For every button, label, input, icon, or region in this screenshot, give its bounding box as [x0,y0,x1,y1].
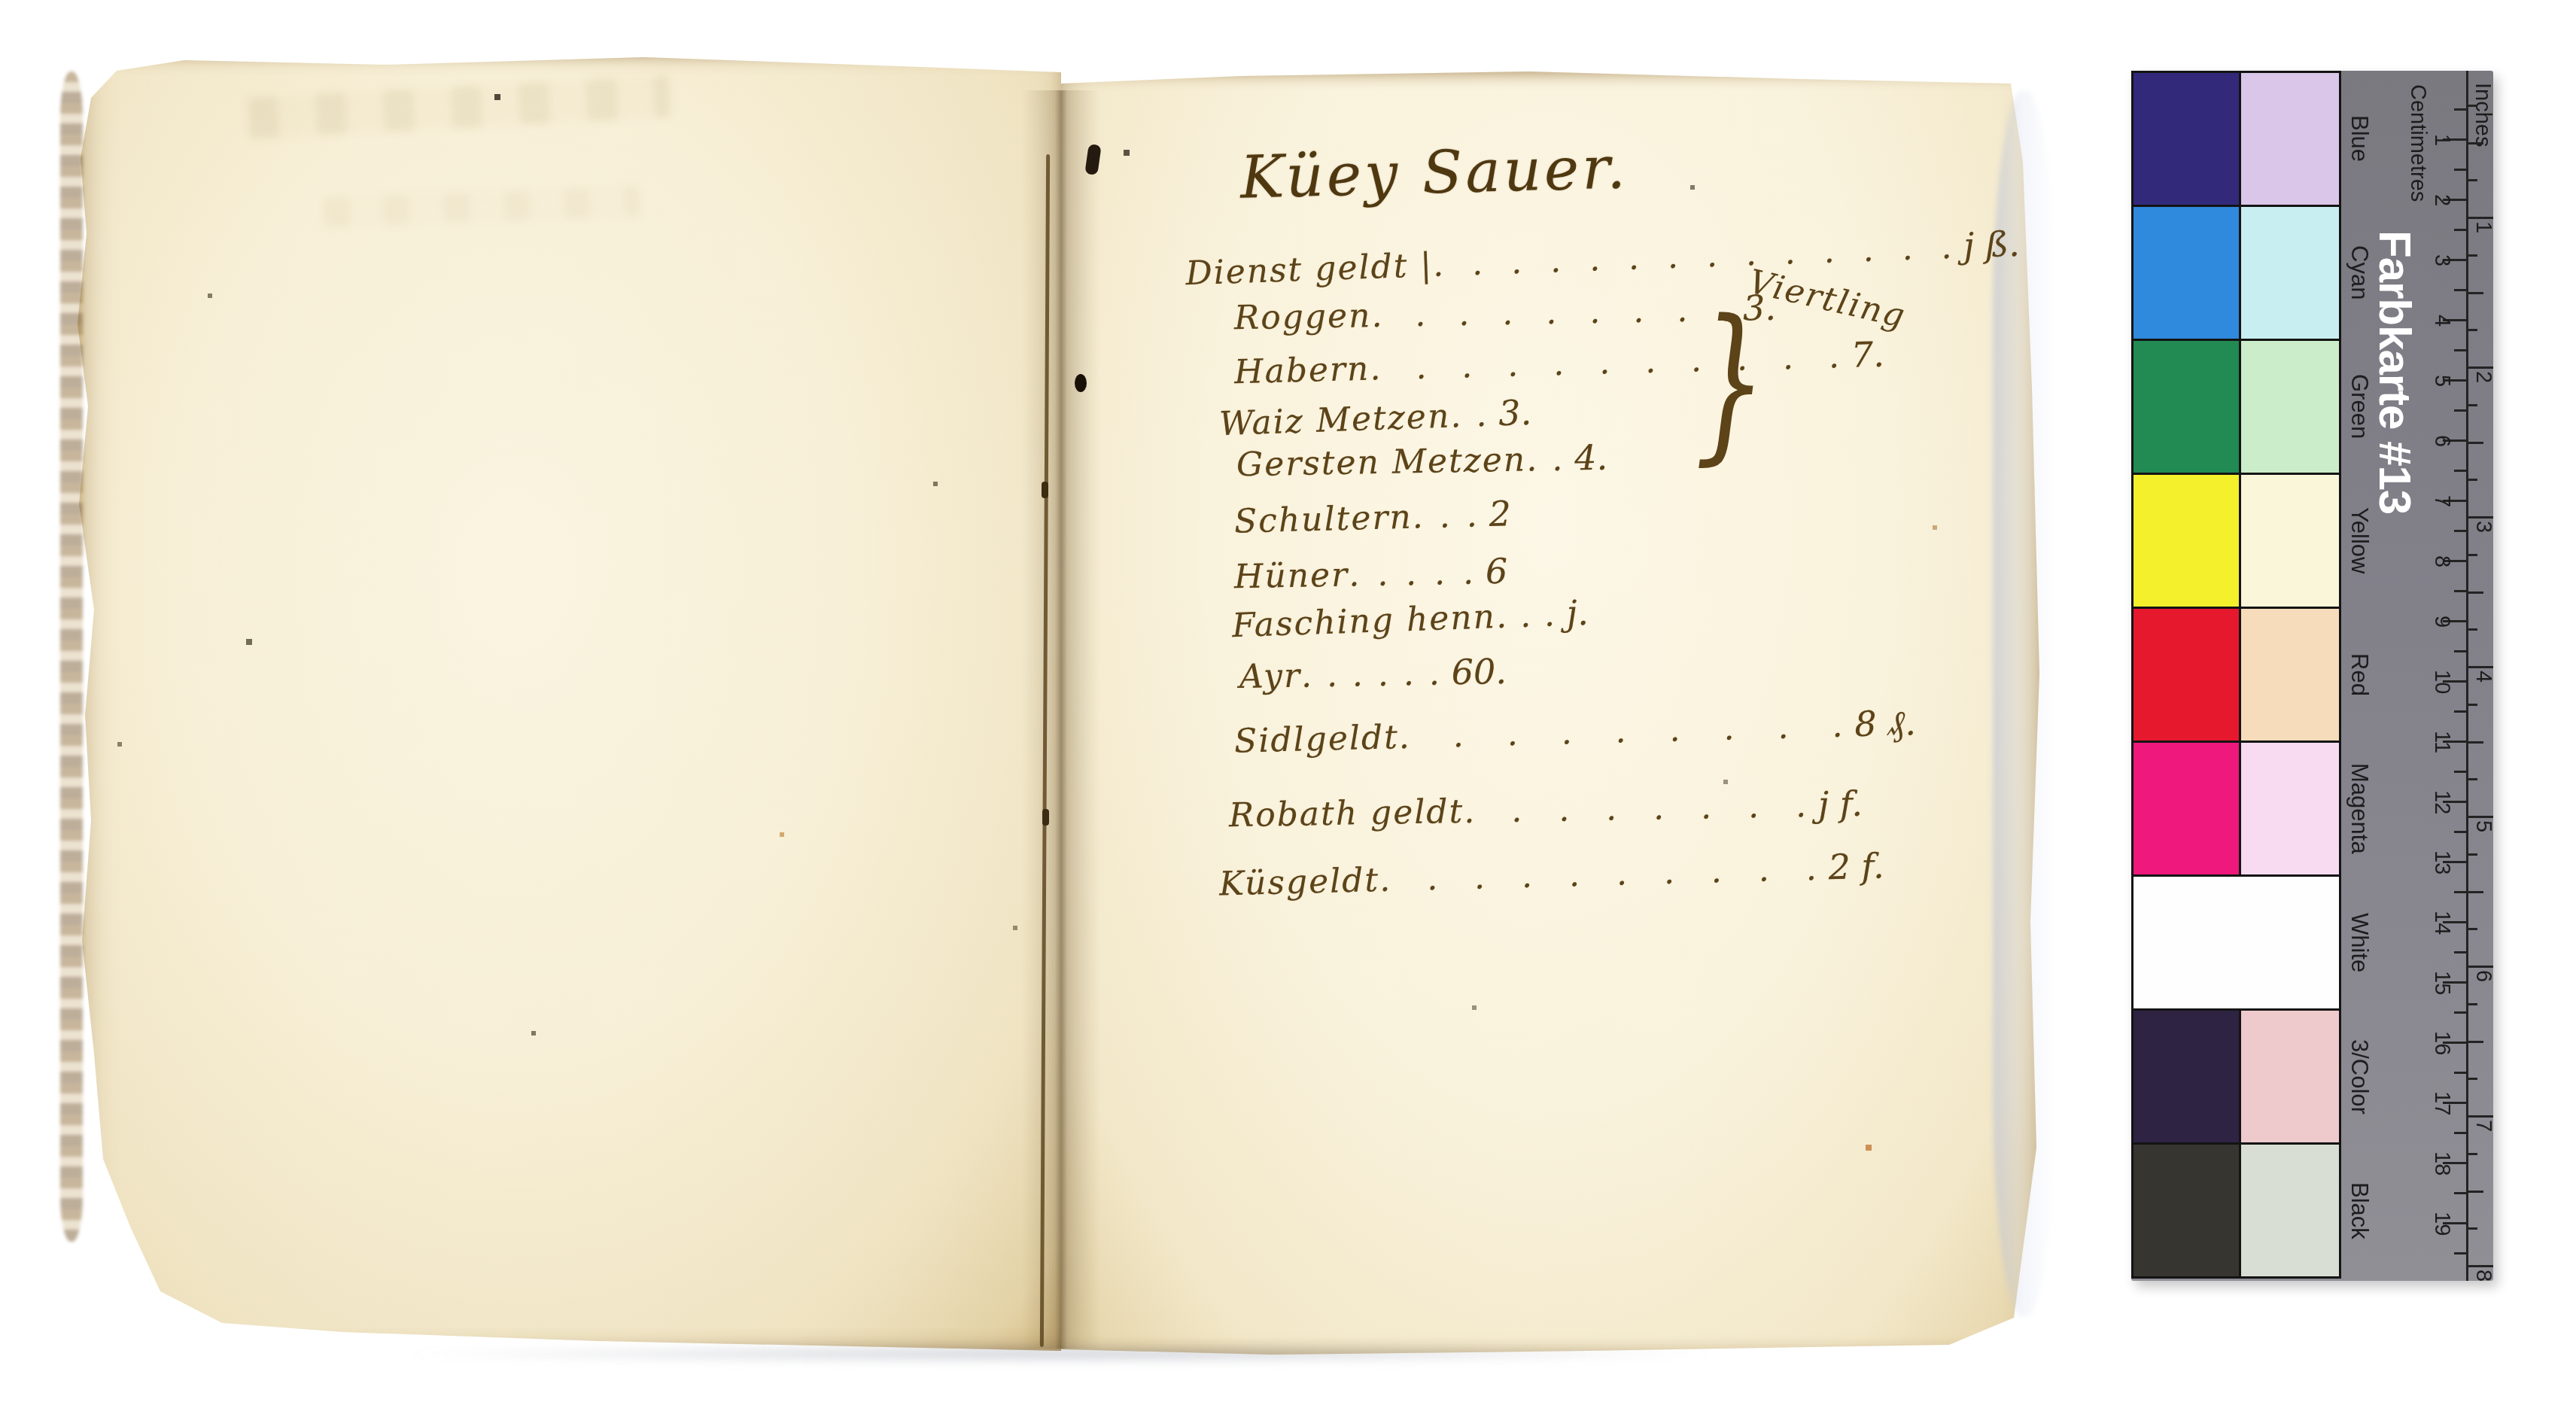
patch-white [2133,877,2339,1008]
cm-number: 6 [2429,424,2454,458]
inch-quarter-tick [2468,329,2477,331]
inch-quarter-tick [2468,778,2477,780]
cm-half-tick [2454,1192,2466,1194]
spine-fold-shading [1022,90,1100,1349]
inch-half-tick [2468,292,2483,294]
entry-label: Küsgeldt [1219,861,1380,904]
color-row-label: White [2342,877,2377,1008]
cm-number: 3 [2429,244,2454,277]
grain-brace: } [1695,284,1766,481]
left-page-deckle-edge [60,71,83,1242]
inch-number: 3 [2471,510,2495,543]
cm-half-tick [2454,530,2466,532]
cm-number: 5 [2429,364,2454,397]
inch-number: 7 [2471,1109,2495,1142]
cm-half-tick [2454,1011,2466,1014]
color-row-label: Magenta [2342,743,2377,874]
color-row-label: 3/Color [2342,1011,2377,1142]
card-title: Farbkarte #13 [2369,230,2421,546]
cm-half-tick [2454,470,2466,472]
patch-cyan-strong [2133,207,2239,339]
entry-value: 4. [1574,437,1608,479]
patch-black-strong [2133,1145,2239,1276]
cm-half-tick [2454,1072,2466,1074]
entry-label: Roggen [1234,297,1372,337]
inch-half-tick [2468,891,2483,893]
inch-number: 4 [2471,660,2495,693]
patch-cyan-pale [2241,207,2339,339]
patch-blue-pale [2241,73,2339,205]
inch-half-tick [2468,592,2483,594]
cm-number: 9 [2429,605,2454,638]
entry-value: j f. [1817,783,1863,825]
cm-half-tick [2454,1132,2466,1134]
cm-half-tick [2454,409,2466,412]
inch-half-tick [2468,142,2483,144]
inches-label: Inches [2470,83,2495,147]
cm-number: 8 [2429,545,2454,578]
patch-yellow-strong [2133,475,2239,607]
centimetres-label: Centimetres [2405,84,2430,202]
cm-number: 15 [2429,966,2454,999]
inch-quarter-tick [2468,1227,2477,1230]
entry-label: Hüner [1234,556,1349,597]
patch-red-strong [2133,609,2239,741]
foxing-specks [0,0,2,2]
cm-half-tick [2454,951,2466,953]
dot-leader: . . . [1495,595,1556,636]
inch-number: 1 [2471,211,2495,244]
inch-quarter-tick [2468,928,2477,930]
manuscript-title: Küey Sauer. [1239,134,1629,211]
inch-quarter-tick [2468,479,2477,481]
cm-half-tick [2454,229,2466,231]
entry-label: Habern [1234,350,1370,392]
inch-quarter-tick [2468,1153,2477,1155]
manuscript-line: Schultern . . .2 [1233,493,1511,541]
entry-label: Waiz Metzen [1218,397,1451,444]
cm-number: 17 [2429,1087,2454,1120]
inch-quarter-tick [2468,179,2477,181]
entry-value: 6 [1486,551,1508,592]
cm-number: 7 [2429,485,2454,518]
entry-label: Sidlgeldt [1234,718,1400,761]
manuscript-line: Gersten Metzen . .4. [1236,437,1608,485]
cm-half-tick [2454,710,2466,713]
entry-value: 2 [1489,493,1512,534]
manuscript-line: Hüner . . . . .6 [1234,551,1508,596]
patch-red-pale [2241,609,2339,741]
inch-quarter-tick [2468,105,2477,107]
dot-leader: . . . . . [1349,554,1474,595]
cm-number: 10 [2429,665,2454,698]
patch-green-strong [2133,341,2239,473]
page-edge-shadow [1993,90,2056,1317]
dot-leader: . . [1449,396,1487,436]
dot-leader: . . [1526,440,1563,479]
cm-number: 4 [2429,304,2454,337]
entry-value: j. [1566,592,1589,634]
cm-half-tick [2454,771,2466,773]
entry-label: Ayr [1239,657,1302,696]
cm-number: 19 [2429,1207,2454,1240]
inch-number: 8 [2471,1259,2495,1292]
cm-half-tick [2454,349,2466,351]
patch-magenta-strong [2133,743,2239,874]
inch-number: 6 [2471,960,2495,993]
entry-value: 2 f. [1828,845,1884,887]
entry-value: 8 ₰. [1854,702,1917,744]
patch-magenta-pale [2241,743,2339,874]
inch-half-tick [2468,741,2483,744]
patch-black-pale [2241,1145,2339,1276]
entry-label: Gersten Metzen [1236,441,1527,485]
cm-number: 18 [2429,1147,2454,1180]
color-row-label: Blue [2342,73,2377,205]
patch-yellow-pale [2241,475,2339,607]
color-patches [2131,71,2341,1279]
dot-leader: . . . . . . . . [1464,786,1807,831]
inch-half-tick [2468,1041,2483,1043]
ink-blot [1075,374,1087,392]
cm-half-tick [2454,169,2466,171]
entry-value: 3. [1498,392,1532,433]
inch-quarter-tick [2468,628,2477,631]
cm-half-tick [2454,289,2466,291]
inch-quarter-tick [2468,1003,2477,1005]
cm-number: 12 [2429,786,2454,819]
color-row-label: Black [2342,1145,2377,1276]
entry-label: Robath geldt [1229,792,1464,835]
cm-number: 16 [2429,1026,2454,1060]
inch-quarter-tick [2468,1078,2477,1080]
cm-half-tick [2454,108,2466,111]
entry-value: 60. [1451,651,1507,692]
binding-stitch [1042,809,1049,826]
cm-half-tick [2454,590,2466,592]
dot-leader: . . . . . . [1300,654,1440,695]
inch-quarter-tick [2468,554,2477,556]
patch-green-pale [2241,341,2339,473]
binding-stitch [1042,482,1048,498]
manuscript-line: Ayr . . . . . .60. [1239,651,1507,696]
entry-value: j ß. [1963,224,2020,266]
cm-half-tick [2454,1252,2466,1255]
cm-number: 2 [2429,184,2454,217]
cm-number: 14 [2429,906,2454,939]
cm-half-tick [2454,891,2466,893]
inch-half-tick [2468,1191,2483,1193]
cm-number: 11 [2429,725,2454,759]
cm-number: 13 [2429,846,2454,879]
manuscript-left-page [71,53,1061,1351]
inch-quarter-tick [2468,704,2477,706]
cm-half-tick [2454,831,2466,833]
inch-quarter-tick [2468,853,2477,856]
color-calibration-card: BlueCyanGreenYellowRedMagentaWhite3/Colo… [2131,71,2493,1281]
ruler-baseline [2466,71,2468,1281]
cm-half-tick [2454,650,2466,652]
patch-3/color-strong [2133,1011,2239,1142]
inch-quarter-tick [2468,404,2477,406]
dot-leader: . . . . . . . . . [1371,290,1732,335]
color-row-label: Red [2342,609,2377,741]
patch-3/color-pale [2241,1011,2339,1142]
entry-label: Schultern [1233,498,1413,541]
cm-number: 1 [2429,123,2454,157]
inch-number: 2 [2471,360,2495,394]
inch-quarter-tick [2468,254,2477,257]
inch-half-tick [2468,442,2483,444]
patch-blue-strong [2133,73,2239,205]
dot-leader: . . . [1412,496,1477,536]
inch-number: 5 [2471,810,2495,843]
entry-value: 7. [1851,334,1884,376]
